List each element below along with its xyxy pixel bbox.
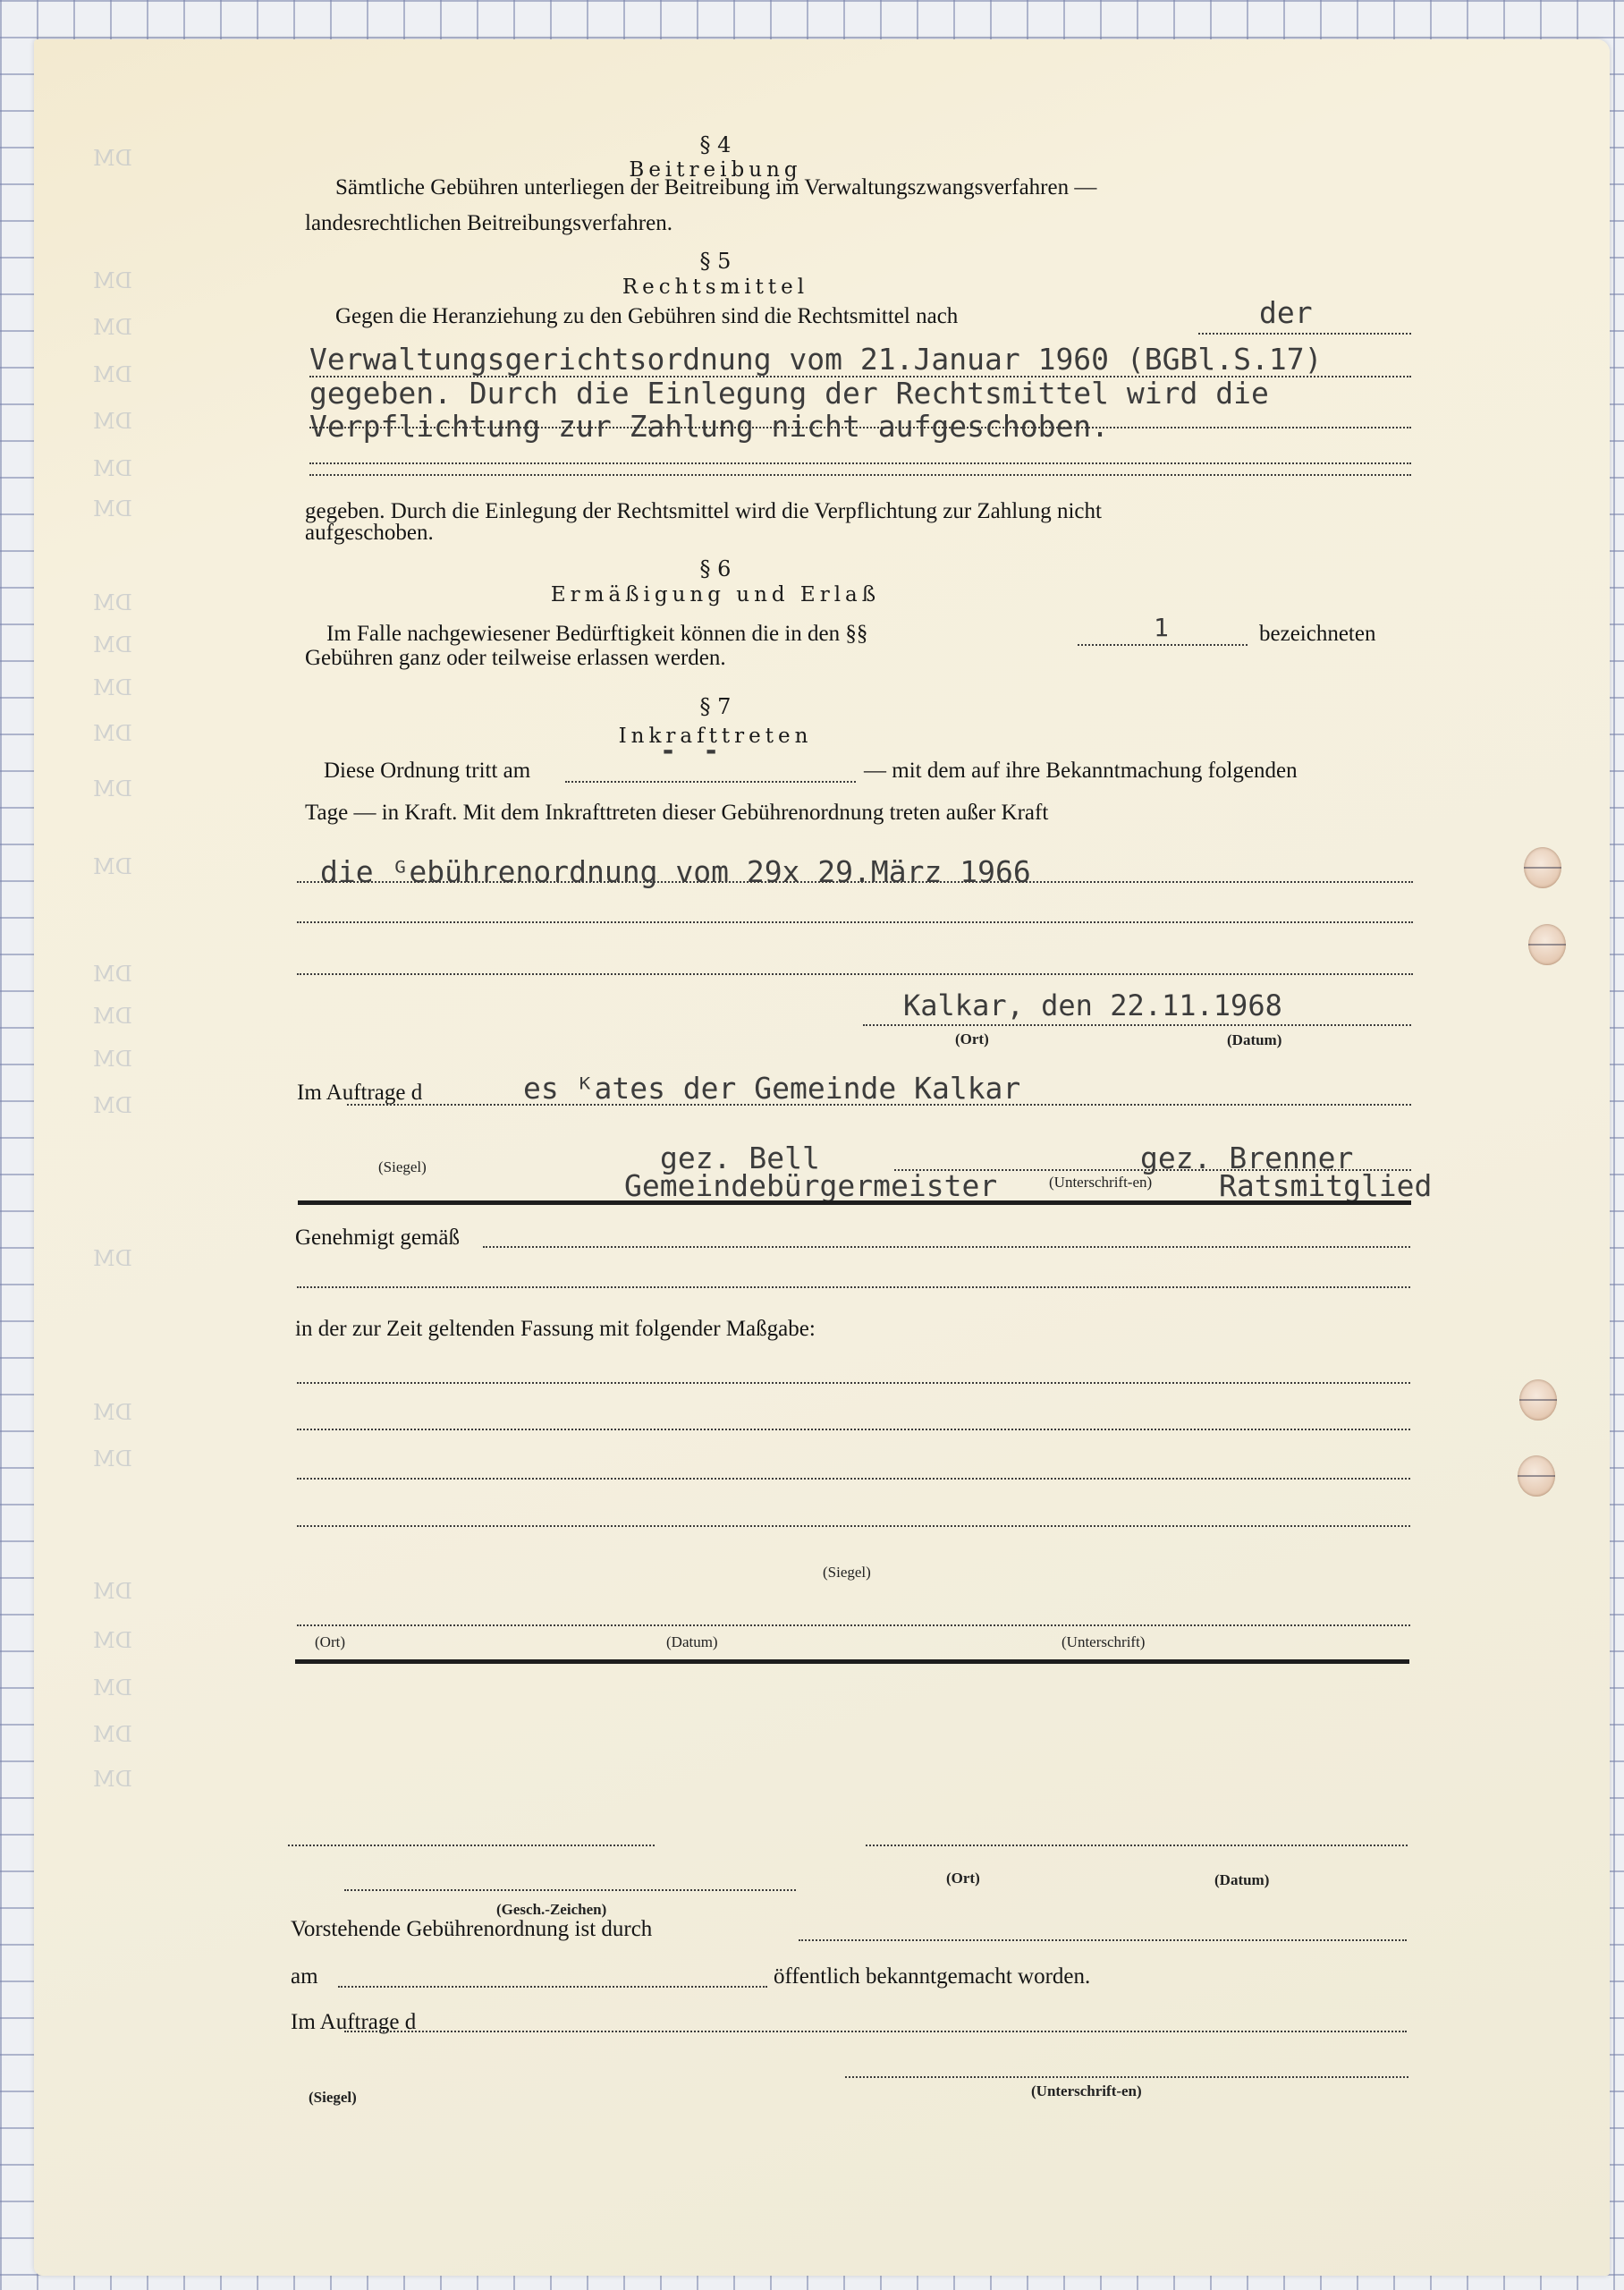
label-ort-approval: (Ort) (315, 1633, 345, 1651)
label-ort-publication: (Ort) (946, 1870, 980, 1887)
typed-verwaltungsgerichtsordnung[interactable]: Verwaltungsgerichtsordnung vom 21.Januar… (309, 342, 1322, 377)
typed-im-auftrage[interactable]: es ᴷates der Gemeinde Kalkar (523, 1071, 1020, 1106)
fill-line (297, 1382, 1410, 1384)
bleed-dm-marker: DM (93, 1047, 132, 1072)
section-5-number: § 5 (268, 249, 1163, 274)
section-7-text-line1b: — mit dem auf ihre Bekanntmachung folgen… (864, 759, 1298, 784)
bleed-dm-marker: DM (93, 1446, 132, 1472)
typed-place-date[interactable]: Kalkar, den 22.11.1968 (903, 988, 1282, 1022)
bleed-dm-marker: DM (93, 632, 132, 657)
publication-line1: Vorstehende Gebührenordnung ist durch (291, 1917, 652, 1942)
fill-line (344, 1889, 796, 1891)
label-datum-approval: (Datum) (666, 1633, 718, 1651)
fill-line (297, 973, 1413, 975)
fill-line (297, 1429, 1410, 1430)
bleed-dm-marker: DM (93, 1246, 132, 1271)
genehmigt-label: Genehmigt gemäß (295, 1226, 460, 1251)
typed-role2[interactable]: Ratsmitglied (1219, 1168, 1432, 1203)
bleed-dm-marker: DM (93, 315, 132, 340)
typed-fill-date[interactable]: - - (660, 735, 724, 767)
bleed-dm-marker: DM (93, 776, 132, 801)
fassung-label: in der zur Zeit geltenden Fassung mit fo… (295, 1317, 816, 1342)
bleed-dm-marker: DM (93, 1767, 132, 1792)
label-geschzeichen: (Gesch.-Zeichen) (496, 1901, 606, 1919)
typed-gegeben[interactable]: gegeben. Durch die Einlegung der Rechtsm… (309, 376, 1269, 411)
fill-line (565, 781, 856, 783)
bleed-dm-marker: DM (93, 1004, 132, 1029)
label-unterschriften: (Unterschrift-en) (1049, 1174, 1152, 1192)
bleed-dm-marker: DM (93, 409, 132, 434)
label-datum: (Datum) (1227, 1031, 1281, 1049)
section-4-text-line2: landesrechtlichen Beitreibungsverfahren. (305, 211, 672, 236)
section-4-text-line1: Sämtliche Gebühren unterliegen der Beitr… (335, 175, 1096, 200)
fill-line (297, 921, 1413, 923)
punch-hole (1528, 924, 1566, 965)
section-7-text-line1a: Diese Ordnung tritt am (324, 759, 530, 784)
fill-line (297, 1525, 1410, 1527)
typed-fill-rechtsmittel[interactable]: der (1259, 295, 1313, 330)
section-7-number: § 7 (268, 694, 1163, 719)
section-4-number: § 4 (268, 132, 1163, 157)
punch-hole (1524, 847, 1561, 888)
typed-old-ordinance[interactable]: die ᴳebührenordnung vom 29x 29.März 1966 (320, 854, 1031, 889)
section-5-printed-line2: aufgeschoben. (305, 521, 434, 546)
fill-line (297, 1286, 1410, 1288)
fill-line (297, 1478, 1410, 1480)
bleed-dm-marker: DM (93, 496, 132, 522)
bleed-dm-marker: DM (93, 1579, 132, 1604)
bleed-dm-marker: DM (93, 854, 132, 879)
fill-line (799, 1939, 1407, 1941)
label-siegel: (Siegel) (378, 1158, 427, 1176)
publication-line2b: öffentlich bekanntgemacht worden. (774, 1964, 1090, 1989)
fill-line (338, 1986, 767, 1988)
label-siegel-publication: (Siegel) (309, 2089, 357, 2107)
section-5-title: Rechtsmittel (268, 276, 1163, 299)
fill-line (1198, 333, 1411, 335)
bleed-dm-marker: DM (93, 362, 132, 387)
bleed-dm-marker: DM (93, 590, 132, 615)
section-6-text-line1b: bezeichneten (1259, 622, 1375, 647)
bleed-dm-marker: DM (93, 456, 132, 481)
bleed-dm-marker: DM (93, 1400, 132, 1425)
fill-line (483, 1246, 1410, 1248)
section-divider (295, 1659, 1409, 1664)
typed-role1[interactable]: Gemeindebürgermeister (624, 1168, 997, 1203)
label-unterschrift-approval: (Unterschrift) (1062, 1633, 1145, 1651)
fill-line (309, 427, 1411, 428)
label-ort: (Ort) (955, 1030, 989, 1048)
section-7-text-line2: Tage — in Kraft. Mit dem Inkrafttreten d… (305, 801, 1048, 826)
fill-line (309, 462, 1411, 464)
typed-fill-paragraphs[interactable]: 1 (1154, 613, 1169, 642)
fill-line (288, 1845, 655, 1846)
publication-line2a: am (291, 1964, 318, 1989)
label-datum-publication: (Datum) (1214, 1871, 1269, 1889)
bleed-dm-marker: DM (93, 1093, 132, 1118)
fill-line (863, 1024, 1411, 1026)
section-6-text-line2: Gebühren ganz oder teilweise erlassen we… (305, 646, 726, 671)
section-6-number: § 6 (268, 556, 1163, 581)
section-6-text-line1a: Im Falle nachgewiesener Bedürftigkeit kö… (326, 622, 867, 647)
punch-hole (1519, 1379, 1557, 1421)
section-6-title: Ermäßigung und Erlaß (268, 583, 1163, 606)
section-divider (298, 1200, 1411, 1205)
im-auftrage-label: Im Auftrage d (297, 1081, 422, 1106)
bleed-dm-marker: DM (93, 146, 132, 171)
bleed-dm-marker: DM (93, 721, 132, 746)
fill-line (845, 2076, 1408, 2078)
section-5-text-line1: Gegen die Heranziehung zu den Gebühren s… (335, 304, 958, 329)
label-unterschriften-publication: (Unterschrift-en) (1031, 2082, 1142, 2100)
bleed-dm-marker: DM (93, 268, 132, 293)
bleed-dm-marker: DM (93, 1628, 132, 1653)
bleed-dm-marker: DM (93, 675, 132, 700)
bleed-dm-marker: DM (93, 1722, 132, 1747)
fill-line (344, 2031, 1407, 2032)
fill-line (866, 1845, 1408, 1846)
label-siegel-approval: (Siegel) (823, 1564, 871, 1582)
punch-hole (1518, 1455, 1555, 1497)
bleed-dm-marker: DM (93, 962, 132, 987)
fill-line (297, 1624, 1410, 1626)
bleed-dm-marker: DM (93, 1675, 132, 1701)
fill-line (1078, 644, 1248, 646)
fill-line (309, 474, 1411, 476)
